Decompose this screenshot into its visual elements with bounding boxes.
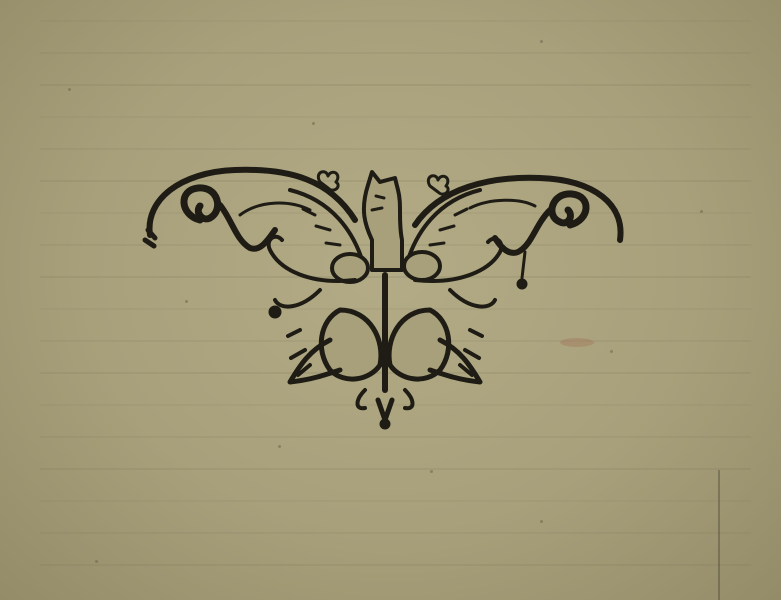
paper-speck: [312, 122, 315, 125]
show-through-line: [40, 148, 751, 150]
paper-speck: [540, 40, 543, 43]
paper-speck: [68, 88, 71, 91]
show-through-line: [40, 564, 751, 566]
show-through-line: [40, 436, 751, 438]
show-through-line: [40, 84, 751, 86]
show-through-line: [40, 468, 751, 470]
page-fold-shadow: [718, 470, 720, 600]
show-through-line: [40, 532, 751, 534]
book-page: [0, 0, 781, 600]
paper-speck: [95, 560, 98, 563]
paper-speck: [540, 520, 543, 523]
paper-speck: [430, 470, 433, 473]
paper-speck: [610, 350, 613, 353]
show-through-line: [40, 500, 751, 502]
show-through-line: [40, 20, 751, 22]
show-through-line: [40, 52, 751, 54]
show-through-line: [40, 116, 751, 118]
paper-speck: [700, 210, 703, 213]
woodcut-ornament-icon: [140, 160, 630, 435]
paper-speck: [185, 300, 188, 303]
paper-speck: [278, 445, 281, 448]
